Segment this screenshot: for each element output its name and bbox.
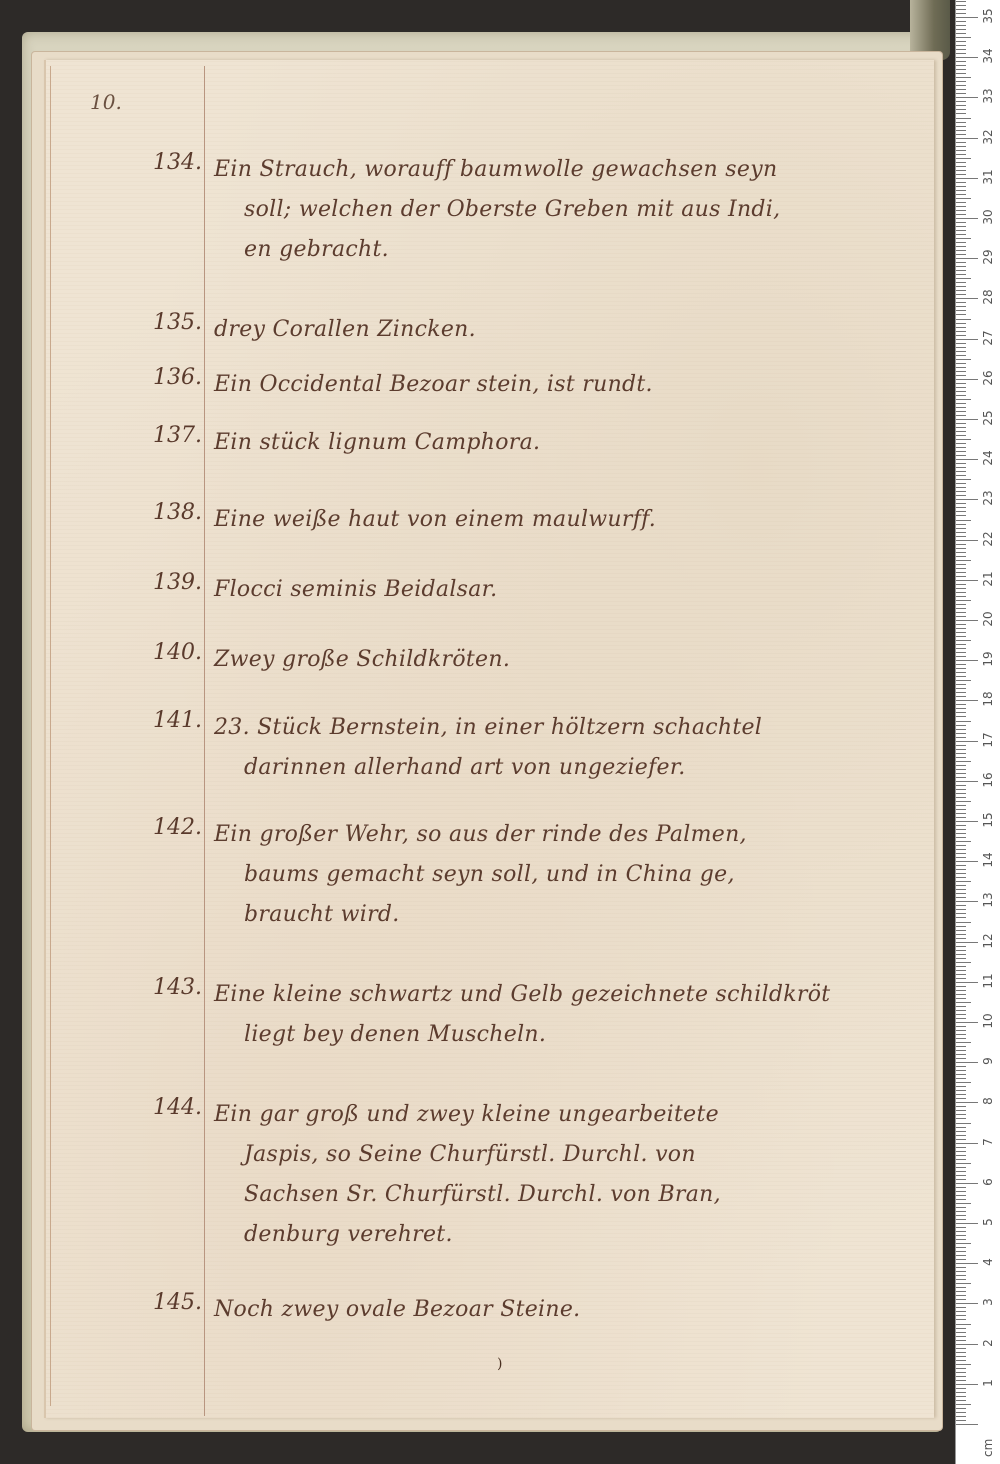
ruler-tick [956, 150, 966, 151]
ruler-tick [956, 1287, 966, 1288]
ruler-tick [956, 704, 966, 705]
ruler-tick [956, 958, 966, 959]
ruler-tick [956, 745, 966, 746]
ruler-tick [956, 708, 966, 709]
ruler-tick [956, 375, 966, 376]
ruler-tick [956, 138, 978, 139]
ruler-tick [956, 467, 966, 468]
ruler-tick [956, 286, 966, 287]
ruler-tick [956, 1062, 978, 1063]
ruler-label: 7 [981, 1132, 995, 1152]
ruler-tick [956, 1275, 966, 1276]
entry-line: braucht wird. [214, 895, 934, 935]
ruler-tick [956, 1123, 971, 1124]
ruler-tick [956, 101, 966, 102]
entry-line: denburg verehret. [214, 1215, 934, 1255]
ruler-tick [956, 789, 966, 790]
ruler-tick [956, 676, 966, 677]
ruler-tick [956, 1416, 966, 1417]
ruler-tick [956, 1231, 966, 1232]
ruler-tick [956, 49, 966, 50]
ruler-label: 26 [981, 368, 995, 388]
ruler-tick [956, 415, 966, 416]
ruler-tick [956, 833, 966, 834]
ruler-tick [956, 89, 966, 90]
ruler-tick [956, 600, 971, 601]
ruler-tick [956, 109, 966, 110]
entry-number: 139. [150, 570, 202, 595]
ruler-tick [956, 298, 978, 299]
ruler-tick [956, 1070, 966, 1071]
ruler-tick [956, 158, 971, 159]
ruler-tick [956, 721, 971, 722]
ruler-tick [956, 451, 966, 452]
ruler-tick [956, 118, 971, 119]
ruler-label: 5 [981, 1212, 995, 1232]
ruler-tick [956, 343, 966, 344]
ruler-tick [956, 435, 966, 436]
ruler-tick [956, 463, 966, 464]
ruler-tick [956, 922, 971, 923]
ruler-tick [956, 1315, 966, 1316]
ruler-tick [956, 1155, 966, 1156]
ruler-tick [956, 214, 966, 215]
ruler-tick [956, 877, 966, 878]
ruler-tick [956, 1243, 971, 1244]
margin-rule [204, 66, 205, 1416]
entry-text: Ein Strauch, worauff baumwolle gewachsen… [214, 150, 934, 270]
entry-number: 135. [150, 310, 202, 335]
ruler-label: 25 [981, 408, 995, 428]
ruler-label: 21 [981, 569, 995, 589]
ruler-tick [956, 540, 978, 541]
ruler-tick [956, 737, 966, 738]
page-number: 10. [90, 90, 122, 114]
ruler-tick [956, 901, 978, 902]
ruler-tick [956, 327, 966, 328]
ruler-tick [956, 684, 966, 685]
ruler-tick [956, 1235, 966, 1236]
ruler-tick [956, 777, 966, 778]
ruler-tick [956, 733, 966, 734]
ruler-tick [956, 1211, 966, 1212]
ruler-tick [956, 1207, 966, 1208]
entry-line: Ein Occidental Bezoar stein, ist rundt. [214, 365, 934, 405]
ruler-tick [956, 934, 966, 935]
ruler-tick [956, 950, 966, 951]
ruler-tick [956, 17, 978, 18]
ruler-tick [956, 841, 971, 842]
ruler-tick [956, 793, 966, 794]
ruler-tick [956, 544, 966, 545]
ruler-label: 14 [981, 850, 995, 870]
ruler-label: 2 [981, 1333, 995, 1353]
ruler-tick [956, 1319, 966, 1320]
ruler-label: 33 [981, 86, 995, 106]
ruler-tick [956, 186, 966, 187]
ruler-tick [956, 371, 966, 372]
entry-text: Eine kleine schwartz und Gelb gezeichnet… [214, 975, 934, 1055]
ruler-tick [956, 620, 978, 621]
ruler-tick [956, 680, 971, 681]
entry-number: 142. [150, 815, 202, 840]
ruler-tick [956, 1199, 966, 1200]
ruler-tick [956, 1352, 966, 1353]
ruler-tick [956, 873, 966, 874]
ruler-label: 18 [981, 689, 995, 709]
ruler-tick [956, 1384, 978, 1385]
ruler-tick [956, 274, 966, 275]
entry-line: drey Corallen Zincken. [214, 310, 934, 350]
stray-ink-mark: ) [497, 1356, 502, 1372]
entry-line: Flocci seminis Beidalsar. [214, 570, 934, 610]
ruler-tick [956, 1263, 978, 1264]
ruler-tick [956, 403, 966, 404]
ruler-tick [956, 495, 966, 496]
ruler-label: 12 [981, 931, 995, 951]
ruler-tick [956, 725, 966, 726]
ruler-tick [956, 230, 966, 231]
ruler-tick [956, 85, 966, 86]
entry-text: Ein gar groß und zwey kleine ungearbeite… [214, 1095, 934, 1255]
ruler-tick [956, 1299, 966, 1300]
ruler-tick [956, 105, 966, 106]
ruler-tick [956, 511, 966, 512]
ruler-tick [956, 507, 966, 508]
ruler-tick [956, 206, 966, 207]
ruler-tick [956, 797, 966, 798]
entry-line: soll; welchen der Oberste Greben mit aus… [214, 190, 934, 230]
ruler-tick [956, 1203, 971, 1204]
ruler-tick [956, 688, 966, 689]
ruler-tick [956, 1239, 966, 1240]
ruler-tick [956, 407, 966, 408]
ruler-tick [956, 897, 966, 898]
ruler-tick [956, 122, 966, 123]
ruler-label: 23 [981, 488, 995, 508]
ruler-tick [956, 499, 978, 500]
ruler-tick [956, 552, 966, 553]
entry-text: Flocci seminis Beidalsar. [214, 570, 934, 610]
ruler-tick [956, 1143, 978, 1144]
ruler-tick [956, 134, 966, 135]
ruler-tick [956, 1046, 966, 1047]
ruler-tick [956, 656, 966, 657]
ruler-tick [956, 1038, 966, 1039]
ruler-tick [956, 1151, 966, 1152]
ruler-tick [956, 387, 966, 388]
ruler-tick [956, 1127, 966, 1128]
ruler-tick [956, 1283, 971, 1284]
ruler-tick [956, 1380, 966, 1381]
ruler-tick [956, 238, 971, 239]
ruler-tick [956, 588, 966, 589]
ruler-tick [956, 636, 966, 637]
entry-line: Zwey große Schildkröten. [214, 640, 934, 680]
ruler-tick [956, 491, 966, 492]
ruler-tick [956, 994, 966, 995]
ruler-tick [956, 664, 966, 665]
ruler-tick [956, 962, 971, 963]
ruler-tick [956, 290, 966, 291]
ruler-tick [956, 1259, 966, 1260]
ruler-label: 22 [981, 529, 995, 549]
ruler-tick [956, 1086, 966, 1087]
ruler-tick [956, 194, 966, 195]
ruler-tick [956, 1098, 966, 1099]
ruler-tick [956, 1167, 966, 1168]
ruler-tick [956, 359, 971, 360]
ruler-tick [956, 314, 966, 315]
ruler-tick [956, 53, 966, 54]
ruler-tick [956, 97, 978, 98]
ruler-tick [956, 1364, 971, 1365]
ruler-tick [956, 1307, 966, 1308]
ruler-label: 24 [981, 448, 995, 468]
ruler-tick [956, 1118, 966, 1119]
entry-line: baums gemacht seyn soll, und in China ge… [214, 855, 934, 895]
ruler-tick [956, 258, 978, 259]
ruler-tick [956, 1291, 966, 1292]
ruler-tick [956, 749, 966, 750]
ruler-tick [956, 427, 966, 428]
ruler-tick [956, 1090, 966, 1091]
ruler-tick [956, 1195, 966, 1196]
ruler-tick [956, 503, 966, 504]
ruler-tick [956, 65, 966, 66]
ruler-tick [956, 81, 966, 82]
entry-line: liegt bey denen Muscheln. [214, 1015, 934, 1055]
ruler-tick [956, 757, 966, 758]
entry-line: Jaspis, so Seine Churfürstl. Durchl. von [214, 1135, 934, 1175]
ruler-tick [956, 954, 966, 955]
ruler-tick [956, 966, 966, 967]
ruler-tick [956, 568, 966, 569]
ruler-tick [956, 881, 971, 882]
ruler-tick [956, 69, 966, 70]
ruler-tick [956, 1271, 966, 1272]
ruler-tick [956, 399, 971, 400]
ruler-tick [956, 982, 978, 983]
ruler-tick [956, 805, 966, 806]
ruler-tick [956, 471, 966, 472]
ruler-tick [956, 13, 966, 14]
ruler-tick [956, 1412, 966, 1413]
ruler-tick [956, 278, 971, 279]
ruler-tick [956, 905, 966, 906]
ruler-tick [956, 1396, 966, 1397]
ruler-tick [956, 930, 966, 931]
entry-number: 145. [150, 1290, 202, 1315]
ruler-label: 4 [981, 1252, 995, 1272]
ruler-tick [956, 640, 971, 641]
ruler-tick [956, 845, 966, 846]
ruler-tick [956, 1171, 966, 1172]
ruler-tick [956, 142, 966, 143]
ruler-tick [956, 162, 966, 163]
ruler-tick [956, 182, 966, 183]
entry-line: Noch zwey ovale Bezoar Steine. [214, 1290, 934, 1330]
ruler-tick [956, 1215, 966, 1216]
ruler-tick [956, 1058, 966, 1059]
ruler-label: 10 [981, 1011, 995, 1031]
ruler-tick [956, 524, 966, 525]
ruler-tick [956, 1344, 978, 1345]
entry-text: Eine weiße haut von einem maulwurff. [214, 500, 934, 540]
ruler-tick [956, 1159, 966, 1160]
ruler-tick [956, 57, 978, 58]
ruler-tick [956, 1114, 966, 1115]
ruler-tick [956, 1022, 978, 1023]
entry-number: 143. [150, 975, 202, 1000]
ruler-tick [956, 1408, 966, 1409]
ruler-tick [956, 1082, 971, 1083]
ruler-tick [956, 668, 966, 669]
ruler-tick [956, 1026, 966, 1027]
ruler-tick [956, 73, 966, 74]
ruler-tick [956, 1223, 978, 1224]
ruler-tick [956, 1131, 966, 1132]
ruler-tick [956, 294, 966, 295]
ruler-tick [956, 25, 966, 26]
ruler-tick [956, 439, 971, 440]
ruler-tick [956, 331, 966, 332]
ruler-label: 16 [981, 770, 995, 790]
ruler-tick [956, 266, 966, 267]
ruler-tick [956, 419, 978, 420]
ruler-tick [956, 323, 966, 324]
ruler-tick [956, 1042, 971, 1043]
ruler-tick [956, 1356, 966, 1357]
ruler-tick [956, 210, 966, 211]
ruler-label: 28 [981, 287, 995, 307]
ruler-tick [956, 946, 966, 947]
ruler-tick [956, 270, 966, 271]
ruler-tick [956, 1139, 966, 1140]
entry-number: 136. [150, 365, 202, 390]
ruler-tick [956, 130, 966, 131]
ruler-tick [956, 990, 966, 991]
ruler-label: 3 [981, 1292, 995, 1312]
ruler-tick [956, 532, 966, 533]
ruler-tick [956, 1014, 966, 1015]
ruler-tick [956, 853, 966, 854]
ruler-tick [956, 1135, 966, 1136]
ruler-tick [956, 234, 966, 235]
ruler-tick [956, 1034, 966, 1035]
ruler-tick [956, 938, 966, 939]
ruler-tick [956, 246, 966, 247]
entry-text: Noch zwey ovale Bezoar Steine. [214, 1290, 934, 1330]
ruler-tick [956, 226, 966, 227]
ruler-tick [956, 222, 966, 223]
entry-text: Ein stück lignum Camphora. [214, 423, 934, 463]
ruler-tick [956, 729, 966, 730]
ruler-label: 1 [981, 1373, 995, 1393]
ruler-tick [956, 1030, 966, 1031]
ruler-tick [956, 93, 966, 94]
ruler-tick [956, 1324, 971, 1325]
ruler-tick [956, 45, 966, 46]
entry-line: en gebracht. [214, 230, 934, 270]
entry-line: Eine kleine schwartz und Gelb gezeichnet… [214, 975, 934, 1015]
ruler-tick [956, 475, 966, 476]
ruler-tick [956, 837, 966, 838]
entry-line: Ein Strauch, worauff baumwolle gewachsen… [214, 150, 934, 190]
ruler-tick [956, 1179, 966, 1180]
entry-text: drey Corallen Zincken. [214, 310, 934, 350]
ruler-tick [956, 741, 978, 742]
ruler-tick [956, 1183, 978, 1184]
ruler-tick [956, 825, 966, 826]
ruler-tick [956, 363, 966, 364]
ruler-tick [956, 773, 966, 774]
ruler-tick [956, 190, 966, 191]
ruler-tick [956, 302, 966, 303]
ruler-tick [956, 335, 966, 336]
ruler-tick [956, 262, 966, 263]
ruler-tick [956, 242, 966, 243]
ruler-tick [956, 166, 966, 167]
ruler-tick [956, 41, 966, 42]
ruler-tick [956, 616, 966, 617]
ruler-tick [956, 459, 978, 460]
ruler-tick [956, 1163, 971, 1164]
ruler-label: 6 [981, 1172, 995, 1192]
ruler-tick [956, 696, 966, 697]
ruler-label: 31 [981, 167, 995, 187]
ruler-label: 9 [981, 1051, 995, 1071]
ruler-tick [956, 202, 966, 203]
ruler-label: 8 [981, 1091, 995, 1111]
ruler-tick [956, 672, 966, 673]
ruler-tick [956, 520, 971, 521]
ruler-tick [956, 37, 971, 38]
entry-text: Ein Occidental Bezoar stein, ist rundt. [214, 365, 934, 405]
ruler-unit-label: cm [981, 1437, 995, 1457]
ruler-tick [956, 528, 966, 529]
ruler-tick [956, 628, 966, 629]
ruler-tick [956, 809, 966, 810]
ruler-tick [956, 254, 966, 255]
ruler-tick [956, 1340, 966, 1341]
ruler-tick [956, 801, 971, 802]
ruler-tick [956, 821, 978, 822]
ruler-tick [956, 1388, 966, 1389]
ruler-tick [956, 829, 966, 830]
ruler-tick [956, 198, 971, 199]
entry-line: Ein stück lignum Camphora. [214, 423, 934, 463]
ruler-tick [956, 556, 966, 557]
ruler-tick [956, 785, 966, 786]
ruler-tick [956, 146, 966, 147]
binding-clasp [910, 0, 950, 60]
ruler-tick [956, 351, 966, 352]
ruler-tick [956, 1010, 966, 1011]
ruler-tick [956, 632, 966, 633]
entry-text: Zwey große Schildkröten. [214, 640, 934, 680]
ruler-tick [956, 576, 966, 577]
ruler-tick [956, 447, 966, 448]
ruler-tick [956, 869, 966, 870]
entry-number: 140. [150, 640, 202, 665]
ruler-tick [956, 596, 966, 597]
ruler-tick [956, 1102, 978, 1103]
ruler-tick [956, 170, 966, 171]
entry-number: 144. [150, 1095, 202, 1120]
ruler-tick [956, 483, 966, 484]
ruler-tick [956, 1420, 966, 1421]
